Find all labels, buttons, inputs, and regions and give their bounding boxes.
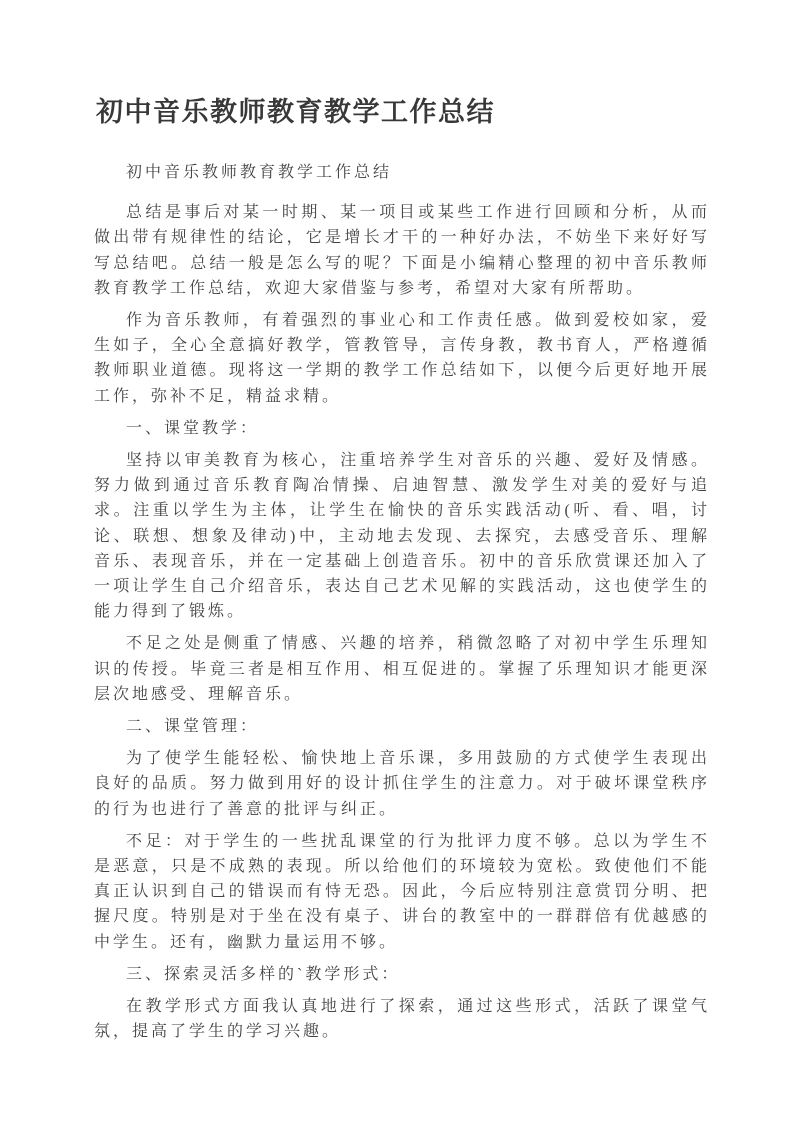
section-heading-teaching-forms: 三、探索灵活多样的`教学形式：	[94, 962, 710, 987]
section-heading-classroom-management: 二、课堂管理：	[94, 714, 710, 739]
section-heading-classroom-teaching: 一、课堂教学：	[94, 416, 710, 441]
document-page: 初中音乐教师教育教学工作总结 初中音乐教师教育教学工作总结 总结是事后对某一时期…	[0, 0, 793, 1122]
paragraph-classroom-teaching: 坚持以审美教育为核心，注重培养学生对音乐的兴趣、爱好及情感。努力做到通过音乐教育…	[94, 448, 710, 624]
paragraph-classroom-management: 为了使学生能轻松、愉快地上音乐课，多用鼓励的方式使学生表现出良好的品质。努力做到…	[94, 746, 710, 822]
paragraph-teaching-shortcomings: 不足之处是侧重了情感、兴趣的培养，稍微忽略了对初中学生乐理知识的传授。毕竟三者是…	[94, 631, 710, 707]
paragraph-management-shortcomings: 不足：对于学生的一些扰乱课堂的行为批评力度不够。总以为学生不是恶意，只是不成熟的…	[94, 829, 710, 955]
paragraph-intro: 总结是事后对某一时期、某一项目或某些工作进行回顾和分析，从而做出带有规律性的结论…	[94, 200, 710, 301]
document-title: 初中音乐教师教育教学工作总结	[96, 93, 710, 131]
paragraph-overview: 作为音乐教师，有着强烈的事业心和工作责任感。做到爱校如家，爱生如子，全心全意搞好…	[94, 308, 710, 409]
paragraph-teaching-forms: 在教学形式方面我认真地进行了探索，通过这些形式，活跃了课堂气氛，提高了学生的学习…	[94, 994, 710, 1044]
document-subtitle: 初中音乐教师教育教学工作总结	[94, 160, 710, 185]
